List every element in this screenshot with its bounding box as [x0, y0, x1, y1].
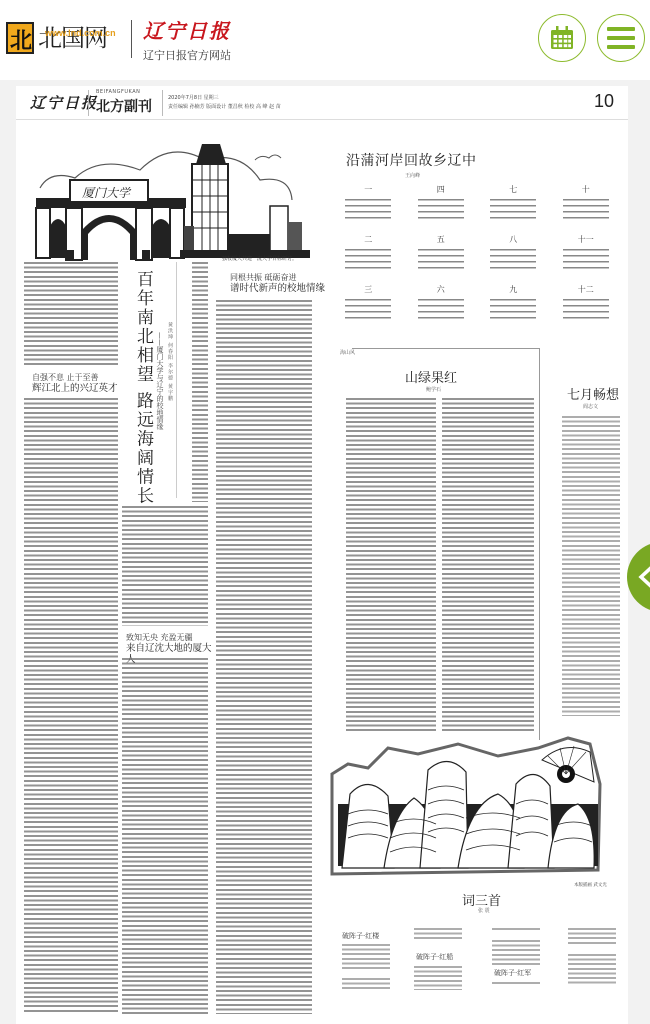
page-masthead: 辽宁日报 BEIFANGFUKAN 北方副刊 2020年7月8日 星期三 责任编…	[16, 86, 628, 120]
ci-poem-body	[492, 928, 540, 932]
ci-poems-author: 张 震	[478, 907, 490, 914]
poem-stanza: 二	[332, 234, 405, 282]
article-title: 百年南北相望 路远海阔情长	[133, 270, 153, 505]
ci-poem-heading: 破阵子·红军	[494, 968, 531, 978]
article-body-col2-top	[192, 262, 208, 502]
previous-page-tab[interactable]	[627, 542, 650, 612]
liaoning-daily-logo[interactable]: 辽宁日报	[143, 15, 231, 44]
side-poem-body	[562, 416, 620, 716]
ci-poem-body	[414, 928, 462, 942]
forest-illustration	[328, 734, 608, 882]
poem-stanza: 一	[332, 184, 405, 232]
side-poem-author: 阎志文	[583, 403, 598, 410]
menu-button[interactable]	[597, 14, 645, 62]
calendar-button[interactable]	[538, 14, 586, 62]
section-heading-2: 同根共振 砥砺奋进 谱时代新声的校地情缘	[230, 272, 330, 294]
ci-poem-body	[568, 954, 616, 986]
poem-stanza: 五	[405, 234, 478, 282]
page-number: 10	[594, 91, 614, 112]
essay-column-tag: 海山风	[340, 349, 359, 356]
ci-poem-body	[342, 944, 390, 970]
svg-text:厦门大学: 厦门大学	[82, 186, 132, 200]
ci-poem-body	[342, 978, 390, 990]
chevron-left-icon	[637, 563, 650, 591]
article-body-col3	[216, 300, 312, 1014]
ci-poem-body	[568, 928, 616, 946]
ci-poem-heading: 破阵子·红楼	[342, 931, 379, 941]
ci-poem-body	[414, 966, 462, 990]
poem-stanza: 三	[332, 284, 405, 332]
essay-title: 山绿果红	[405, 367, 457, 386]
poem-series-author: 王向峰	[405, 172, 420, 179]
poem-stanza: 八	[477, 234, 550, 282]
essay-body-col2	[442, 398, 534, 732]
column-divider	[176, 262, 177, 498]
xiamen-university-gate-illustration: 厦门大学	[30, 130, 320, 262]
calendar-icon	[549, 25, 575, 51]
poem-stanza: 七	[477, 184, 550, 232]
article-body-col2	[122, 506, 208, 626]
illustration-credit: 本版插画 武文光	[574, 882, 607, 888]
article-body-col1	[24, 398, 118, 1014]
hamburger-menu-icon	[607, 22, 635, 54]
ci-poem-heading: 破阵子·红船	[416, 952, 453, 962]
essay-body-col1	[346, 398, 436, 732]
paper-subtitle: 辽宁日报官方网站	[143, 47, 231, 63]
article-body-col2b	[122, 658, 208, 1014]
poem-stanza: 十一	[550, 234, 623, 282]
poem-stanza: 十	[550, 184, 623, 232]
poem-stanza: 四	[405, 184, 478, 232]
newspaper-page[interactable]: 辽宁日报 BEIFANGFUKAN 北方副刊 2020年7月8日 星期三 责任编…	[16, 86, 628, 1024]
brand-logo-icon: 北	[6, 22, 34, 54]
poem-grid: 一 四 七 十 二 五 八 十一 三 六 九 十二	[332, 184, 622, 332]
poem-series-title: 沿蒲河岸回故乡辽中	[346, 150, 477, 170]
masthead-divider	[162, 90, 163, 116]
section-heading-1: 自强不息 止于至善 辉江北上的兴辽英才	[32, 372, 128, 394]
site-header: 北 北国网 www.lnd.com.cn 辽宁日报 辽宁日报官方网站	[0, 0, 650, 80]
brand-url: www.lnd.com.cn	[45, 28, 116, 38]
brand-divider	[131, 20, 132, 58]
section-pinyin: BEIFANGFUKAN	[96, 89, 140, 95]
ci-poem-body	[492, 940, 540, 966]
essay-author: 鲍学石	[426, 386, 441, 393]
poem-stanza: 六	[405, 284, 478, 332]
article-authors: 黄洪坤 何春阳 李尔德 黄宇鹏	[167, 322, 174, 402]
poem-stanza: 十二	[550, 284, 623, 332]
ci-poem-body	[492, 982, 540, 986]
side-poem-title: 七月畅想	[567, 384, 619, 403]
masthead-divider	[88, 90, 89, 116]
brand-logo-link[interactable]: 北 北国网	[6, 22, 107, 54]
article-lead-continue: 独校厦大共建一流大学目标研讨。	[222, 254, 297, 265]
article-body-col1-intro	[24, 262, 118, 368]
poem-stanza: 九	[477, 284, 550, 332]
issue-date: 2020年7月8日 星期三	[168, 94, 219, 101]
article-subtitle: ——厦门大学与辽宁的校地情缘	[155, 332, 165, 430]
section-title: 北方副刊	[96, 96, 152, 116]
editors-line: 责任编辑 孙楠芳 版面设计 董昌秋 检校 高 峰 赵 苗	[168, 103, 281, 110]
